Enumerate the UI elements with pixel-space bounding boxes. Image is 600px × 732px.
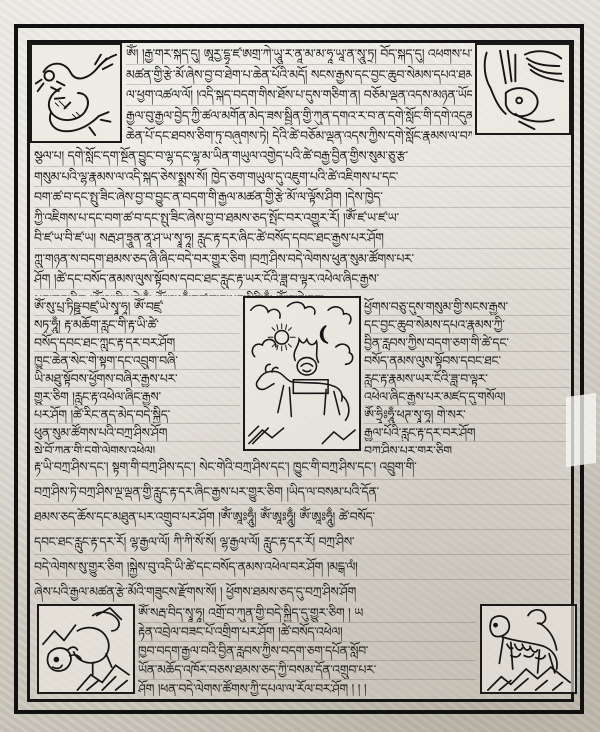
text-line: འཕེལ་ཞིང་རྒྱས་པར་མཛད་དུ་གསོལ། (364, 388, 570, 406)
text-line: བདེ་ལེགས་སུ་གྱུར་ཅིག །སྐྱེས་བུ་འདི་ཡི་ཚེ… (34, 555, 570, 580)
text-line: བསོད་དབང་ཐང་ཀླུང་རྟ་དར་བར་ཤོག (34, 334, 240, 352)
text-line: ཞེས་པའི་རྒྱལ་མཚན་རྩེ་མོའི་གཟུངས་རྫོགས་སོ… (34, 580, 570, 603)
text-line: མཚན་གྱི་རྩེ་མོ་ཞེས་བྱ་བ་ཐེག་པ་ཆེན་པོའི་མ… (126, 65, 472, 86)
text-line: ཨོཾ་སརྦ་བིད་སྭཱ་ཧཱ། འགྲོ་བ་ཀུན་གྱི་བདེ་ས… (138, 604, 476, 623)
text-line: བསོད་ནམས་ལུས་སྟོབས་དབང་ཐང་ (364, 352, 570, 370)
snow-lion-icon (39, 606, 133, 692)
text-lower-block: རྟ་ཡི་བཀྲ་ཤིས་དང་། སྟག་གི་བཀྲ་ཤིས་དང་། ས… (34, 455, 570, 603)
text-full-block: སྩལ་པ། དགེ་སློང་དག་སྔོན་བྱུང་བ་ལྷ་དང་ལྷ་… (34, 146, 570, 296)
text-line: ཕྱོགས་བཅུ་དུས་གསུམ་གྱི་སངས་རྒྱས་ (364, 298, 570, 316)
tiger-panel (480, 604, 577, 694)
paper-tear (566, 393, 596, 467)
text-line: རྒྱལ་བུ་རྒྱལ་བྱེད་ཀྱི་ཚལ་མགོན་མེད་ཟས་སྦྱ… (126, 106, 472, 127)
text-line: རྟེན་འབྲེལ་བཟང་པོ་འགྲིག་པར་ཤོག །ཚེ་བསོད་… (138, 623, 476, 642)
text-line: ཆེན་པོ་དང་ཐབས་ཅིག་ཏུ་བཞུགས་ཏེ། དེའི་ཚེ་བ… (126, 126, 472, 144)
windhorse-panel (243, 296, 361, 451)
text-left-column: ཨོཾ་སུ་པྲ་ཏིཥྛ་བཛྲ་ཡེ་སྭཱ་ཧཱ། ཨོཾ་བཛྲ་ ས… (34, 298, 240, 453)
windhorse-icon (245, 298, 359, 449)
dragon-icon (32, 45, 120, 141)
snow-lion-panel (37, 604, 135, 694)
text-line: བྱིན་རླབས་ཀྱིས་བདག་ཅག་གི་ཚེ་དང་ (364, 334, 570, 352)
text-line: སྩལ་པ། དགེ་སློང་དག་སྔོན་བྱུང་བ་ལྷ་དང་ལྷ་… (34, 146, 570, 167)
dragon-panel (30, 43, 122, 143)
text-line: ཕུན་སུམ་ཚོགས་པའི་བཀྲ་ཤིས་ཤོག (34, 424, 240, 442)
text-line: གྱུར་ཅིག །རླུང་རྟ་འཕེལ་ཞིང་རྒྱས་ (34, 388, 240, 406)
text-line: ཀླུ་གཉན་ས་བདག་ཐམས་ཅད་ཞི་ཞིང་བདེ་བར་གྱུར་… (34, 249, 570, 270)
text-line: རྒྱལ་པོའི་རླུང་རྟ་དར་བར་ཤོག (364, 424, 570, 442)
text-line: ཁྱབ་བདག་རྒྱལ་བའི་བྱིན་རླབས་ཀྱིས་བདག་ཅག་ད… (138, 642, 476, 661)
text-line: ཀྱི་འཇིགས་པ་དང་བག་ཚ་བ་དང་སྤུ་ཟིང་ཞེས་བྱ་… (34, 208, 570, 229)
text-line: དང་བྱང་ཆུབ་སེམས་དཔའ་རྣམས་ཀྱི་ (364, 316, 570, 334)
text-line: བག་ཚ་བ་དང་སྤུ་ཟིང་ཞེས་བྱ་བ་བྱུང་ན་བདག་གི… (34, 187, 570, 208)
text-line: པར་ཤོག །ཚེ་རིང་ནད་མེད་བདེ་སྐྱིད་ (34, 406, 240, 424)
text-line: རླུང་རྟ་རྣམས་ཡར་ངོའི་ཟླ་བ་ལྟར་ (364, 370, 570, 388)
text-line: ཤོག །ཕན་བདེ་ལེགས་ཚོགས་ཀྱི་དཔལ་ལ་རོལ་བར་ཤ… (138, 680, 476, 696)
text-bottom-block: ཨོཾ་སརྦ་བིད་སྭཱ་ཧཱ། འགྲོ་བ་ཀུན་གྱི་བདེ་ས… (138, 604, 476, 696)
sun-icon (275, 331, 289, 345)
text-line: བི་ཛ་ཡ་བི་ཛ་ཡ། སརྦ་ཤ་ཏྲཱུན་ནཱ་ཤ་ཡ་སྭཱ་ཧཱ… (34, 228, 570, 249)
text-line: དབང་ཐང་རླུང་རྟ་དར་རོ། ལྷ་རྒྱལ་ལོ། ཀི་ཀི་… (34, 530, 570, 555)
flaming-jewel-icon (294, 339, 318, 362)
text-line: ཨོཾ་ཧྲཱིཿཧཱུྃ་ཕཊ་སྭཱ་ཧཱ། གེ་སར་ (364, 406, 570, 424)
text-line: ལ་ཕྱག་འཚལ་ལོ། །འདི་སྐད་བདག་གིས་ཐོས་པ་དུས… (126, 85, 472, 106)
cloud-icon (251, 305, 280, 318)
text-line: ཐམས་ཅད་ཆོས་དང་མཐུན་པར་འགྲུབ་པར་ཤོག །ཨོཾ་… (34, 505, 570, 530)
text-line: རྟ་ཡི་བཀྲ་ཤིས་དང་། སྟག་གི་བཀྲ་ཤིས་དང་། ས… (34, 455, 570, 480)
text-line: བཀྲ་ཤིས་པར་གྱུར་ཅིག (364, 442, 570, 453)
text-line: ཨོཾ་སུ་པྲ་ཏིཥྛ་བཛྲ་ཡེ་སྭཱ་ཧཱ། ཨོཾ་བཛྲ་ (34, 298, 240, 316)
text-line: ཁྱུང་ཆེན་སེང་གེ་སྟག་དང་འབྲུག་བཞི་ (34, 352, 240, 370)
text-line: ཡི་མཐུ་སྟོབས་ཕྱོགས་བཞིར་རྒྱས་པར་ (34, 370, 240, 388)
text-line: པར་གྱུར་ཅིག །ཨོཾ་མ་ཎི་པདྨེ་ཧཱུྃ། ཨོཾ་ཨཱཿ… (34, 290, 570, 297)
garuda-panel (475, 43, 571, 135)
text-line: བཀྲ་ཤིས་ཏེ་བཀྲ་ཤིས་ལྔ་ལྡན་གྱི་རླུང་རྟ་དར… (34, 480, 570, 505)
text-line: སྐྱེ་བོ་ཀུན་གྱི་དགེ་ལེགས་འཕེལ། (34, 442, 240, 453)
text-line: སཏྭ་ཧཱུྃ། རྟ་མཆོག་རླུང་གི་རྟ་ཡི་ཚེ་ (34, 316, 240, 334)
text-line: ཤོག །ཚེ་དང་བསོད་ནམས་ལུས་སྟོབས་དབང་ཐང་རླུ… (34, 269, 570, 290)
garuda-icon (477, 45, 569, 133)
tiger-icon (482, 606, 575, 692)
moon-icon (321, 326, 329, 343)
text-line: ཡོན་མཆོད་འཁོར་བཅས་ཐམས་ཅད་ཀྱི་བསམ་དོན་འགྲ… (138, 661, 476, 680)
text-line: གསུམ་པའི་ལྷ་རྣམས་ལ་འདི་སྐད་ཅེས་སྨྲས་སོ། … (34, 167, 570, 188)
text-line: ༀ། །རྒྱ་གར་སྐད་དུ། ཨཱརྱ་དྷྭ་ཛ་ཨགྲ་ཀེ་ཡཱུ… (126, 44, 472, 65)
text-top-block: ༀ། །རྒྱ་གར་སྐད་དུ། ཨཱརྱ་དྷྭ་ཛ་ཨགྲ་ཀེ་ཡཱུ… (126, 44, 472, 144)
text-right-column: ཕྱོགས་བཅུ་དུས་གསུམ་གྱི་སངས་རྒྱས་ དང་བྱང་… (364, 298, 570, 453)
